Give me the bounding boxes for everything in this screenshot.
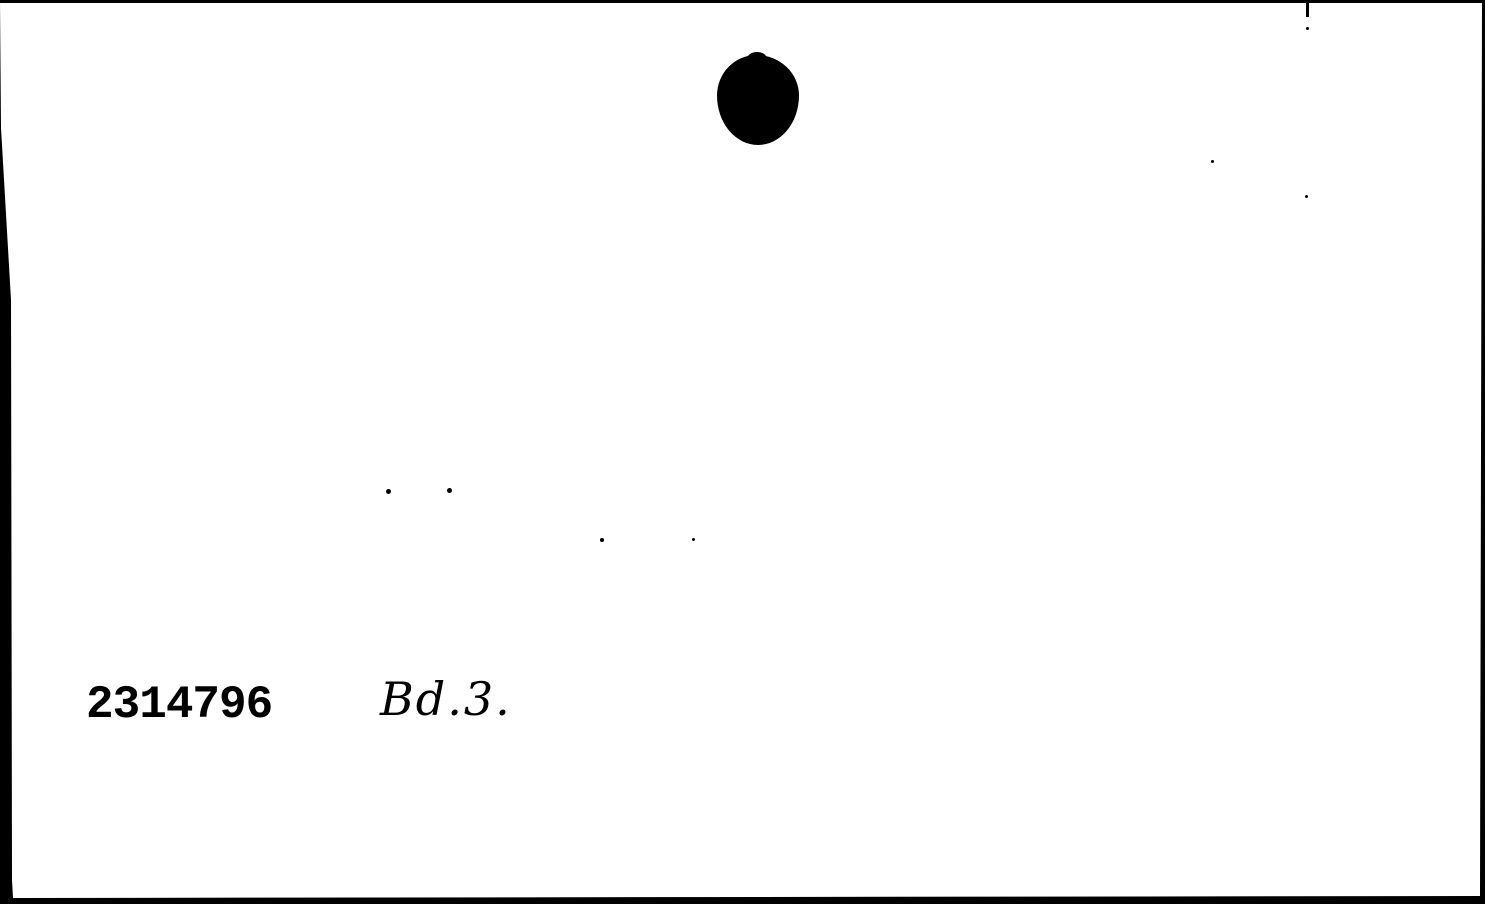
top-edge-mark [1306, 3, 1309, 17]
dust-speck [1211, 160, 1214, 163]
dust-speck [1306, 27, 1309, 30]
dust-speck [447, 488, 452, 493]
card-surface: 2314796 Bd.3. [0, 0, 1485, 904]
punch-hole [717, 55, 799, 145]
dust-speck [600, 538, 604, 542]
scanned-index-card: 2314796 Bd.3. [0, 0, 1485, 904]
dust-speck [1305, 195, 1308, 198]
record-number: 2314796 [86, 682, 272, 728]
dust-speck [692, 538, 695, 541]
dust-speck [386, 489, 391, 494]
handwritten-volume-note: Bd.3. [380, 676, 512, 722]
